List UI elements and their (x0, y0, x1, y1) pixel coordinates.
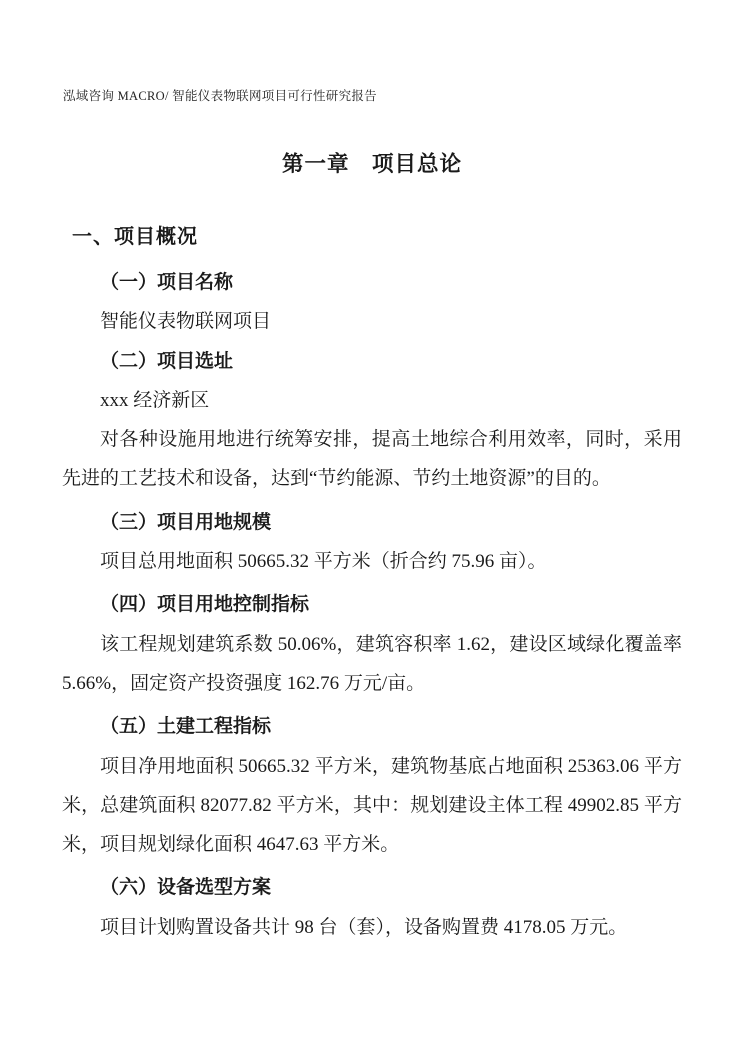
subsection-project-name: （一）项目名称 智能仪表物联网项目 (62, 263, 682, 342)
subsection-heading: （六）设备选型方案 (62, 868, 682, 907)
paragraph: 该工程规划建筑系数 50.06%，建筑容积率 1.62，建设区域绿化覆盖率 5.… (62, 625, 682, 704)
subsection-land-scale: （三）项目用地规模 项目总用地面积 50665.32 平方米（折合约 75.96… (62, 503, 682, 582)
subsection-heading: （二）项目选址 (62, 342, 682, 381)
chapter-title: 第一章 项目总论 (62, 148, 682, 180)
subsection-equipment-selection: （六）设备选型方案 项目计划购置设备共计 98 台（套），设备购置费 4178.… (62, 868, 682, 947)
subsection-heading: （三）项目用地规模 (62, 503, 682, 542)
document-body: 第一章 项目总论 一、项目概况 （一）项目名称 智能仪表物联网项目 （二）项目选… (62, 0, 682, 947)
paragraph: 项目净用地面积 50665.32 平方米，建筑物基底占地面积 25363.06 … (62, 747, 682, 865)
subsection-civil-engineering-indicators: （五）土建工程指标 项目净用地面积 50665.32 平方米，建筑物基底占地面积… (62, 707, 682, 864)
paragraph: 项目计划购置设备共计 98 台（套），设备购置费 4178.05 万元。 (62, 908, 682, 947)
paragraph: 智能仪表物联网项目 (62, 302, 682, 341)
paragraph: xxx 经济新区 (62, 381, 682, 420)
subsection-heading: （五）土建工程指标 (62, 707, 682, 746)
subsection-land-control-indicators: （四）项目用地控制指标 该工程规划建筑系数 50.06%，建筑容积率 1.62，… (62, 585, 682, 703)
subsection-list: （一）项目名称 智能仪表物联网项目 （二）项目选址 xxx 经济新区 对各种设施… (62, 263, 682, 947)
subsection-heading: （一）项目名称 (62, 263, 682, 302)
paragraph: 项目总用地面积 50665.32 平方米（折合约 75.96 亩）。 (62, 542, 682, 581)
section-heading: 一、项目概况 (72, 224, 682, 250)
subsection-site-selection: （二）项目选址 xxx 经济新区 对各种设施用地进行统筹安排，提高土地综合利用效… (62, 342, 682, 499)
paragraph: 对各种设施用地进行统筹安排，提高土地综合利用效率，同时，采用先进的工艺技术和设备… (62, 420, 682, 499)
subsection-heading: （四）项目用地控制指标 (62, 585, 682, 624)
document-page: 泓域咨询 MACRO/ 智能仪表物联网项目可行性研究报告 第一章 项目总论 一、… (0, 0, 744, 1052)
